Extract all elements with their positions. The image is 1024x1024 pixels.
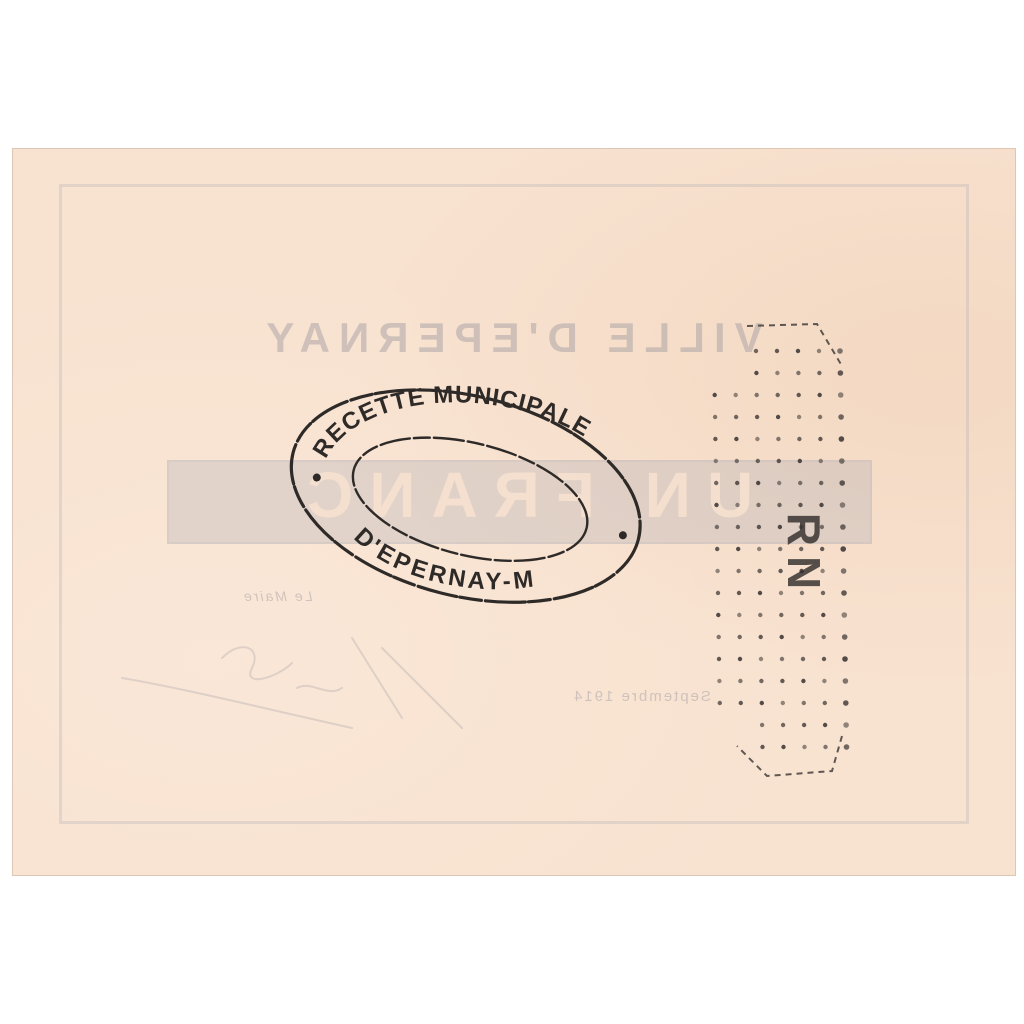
signature-show-through-icon (102, 618, 522, 738)
perforation-seal-icon: RN (692, 316, 872, 786)
scan-page: VILLE D'EPERNAY UN FRANC Le Maire Septem… (0, 0, 1024, 1024)
banknote-paper: VILLE D'EPERNAY UN FRANC Le Maire Septem… (12, 148, 1016, 876)
date-show-through: Septembre 1914 (572, 688, 711, 705)
svg-text:RECETTE MUNICIPALE: RECETTE MUNICIPALE (306, 384, 599, 522)
oval-cachet-stamp-icon: RECETTE MUNICIPALE D'EPERNAY-M (280, 384, 650, 614)
stamp-top-text: RECETTE MUNICIPALE (306, 384, 599, 522)
perforation-letters: RN (778, 513, 830, 599)
